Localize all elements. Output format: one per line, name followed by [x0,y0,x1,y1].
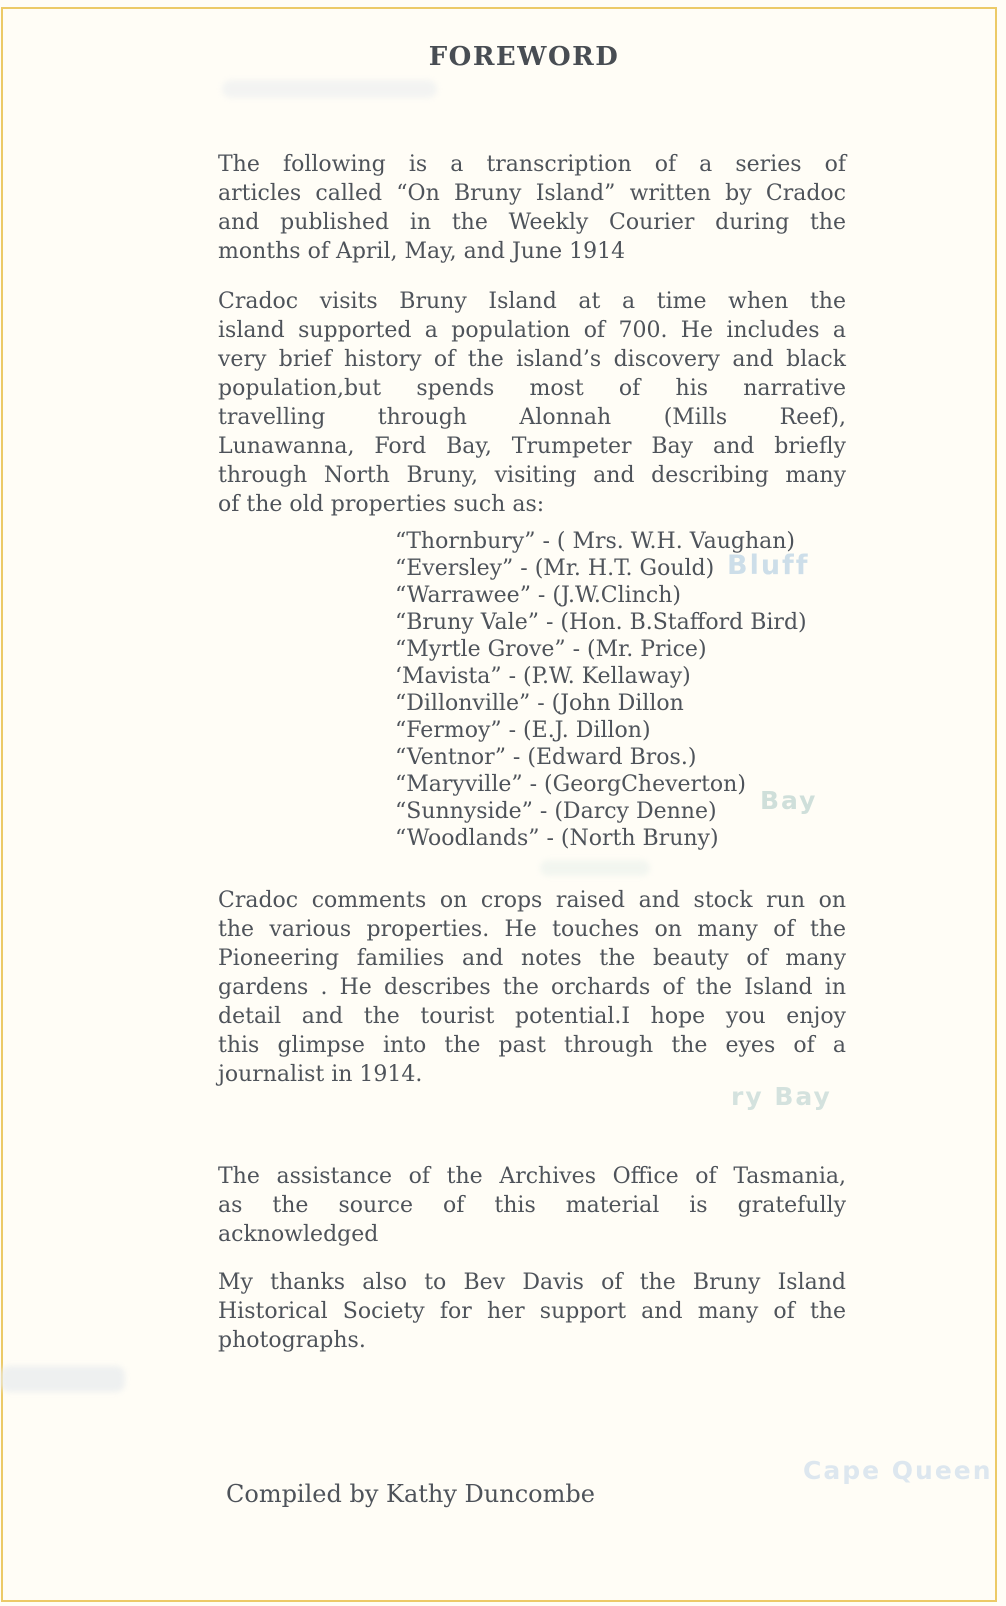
text-line: Cradoc visits Bruny Island at a time whe… [218,287,846,316]
page-title: FOREWORD [218,42,830,72]
property-item: ‘Mavista” - (P.W. Kellaway) [395,663,807,690]
scanned-foreword-page: FOREWORD The following is a transcriptio… [0,0,1006,1606]
property-item: “Fermoy” - (E.J. Dillon) [395,717,807,744]
text-line: and published in the Weekly Courier duri… [218,208,846,237]
text-line: very brief history of the island’s disco… [218,345,846,374]
property-item: “Myrtle Grove” - (Mr. Price) [395,636,807,663]
text-line: as the source of this material is gratef… [218,1191,846,1220]
text-line: acknowledged [218,1220,846,1249]
paragraph-archives-acknowledgement: The assistance of the Archives Office of… [218,1162,846,1249]
property-item: “Eversley” - (Mr. H.T. Gould) [395,555,807,582]
property-item: “Ventnor” - (Edward Bros.) [395,744,807,771]
text-line: gardens . He describes the orchards of t… [218,973,846,1002]
compiler-credit: Compiled by Kathy Duncombe [226,1480,595,1508]
paragraph-intro: The following is a transcription of a se… [218,150,846,266]
text-line: Pioneering families and notes the beauty… [218,944,846,973]
text-line: The assistance of the Archives Office of… [218,1162,846,1191]
bleedthrough-smudge [0,1366,125,1392]
text-line: population,but spends most of his narrat… [218,374,846,403]
text-line: journalist in 1914. [218,1060,846,1089]
property-item: “Dillonville” - (John Dillon [395,690,807,717]
bleedthrough-smudge [540,860,650,876]
property-item: “Warrawee” - (J.W.Clinch) [395,582,807,609]
text-line: Cradoc comments on crops raised and stoc… [218,886,846,915]
property-item: “Sunnyside” - (Darcy Denne) [395,798,807,825]
text-line: the various properties. He touches on ma… [218,915,846,944]
text-line: this glimpse into the past through the e… [218,1031,846,1060]
text-line: articles called “On Bruny Island” writte… [218,179,846,208]
text-line: Lunawanna, Ford Bay, Trumpeter Bay and b… [218,432,846,461]
text-line: Historical Society for her support and m… [218,1297,846,1326]
text-line: My thanks also to Bev Davis of the Bruny… [218,1268,846,1297]
bleedthrough-text-cape-queen: Cape Queen [803,1456,993,1485]
text-line: travelling through Alonnah (Mills Reef), [218,403,846,432]
property-item: “Maryville” - (GeorgCheverton) [395,771,807,798]
property-item: “Thornbury” - ( Mrs. W.H. Vaughan) [395,528,807,555]
text-line: photographs. [218,1326,846,1355]
text-line: detail and the tourist potential.I hope … [218,1002,846,1031]
property-list: “Thornbury” - ( Mrs. W.H. Vaughan)“Evers… [395,528,807,852]
text-line: through North Bruny, visiting and descri… [218,461,846,490]
text-line: The following is a transcription of a se… [218,150,846,179]
paragraph-crops-comments: Cradoc comments on crops raised and stoc… [218,886,846,1089]
text-line: of the old properties such as: [218,490,846,519]
bleedthrough-smudge [222,80,437,98]
text-line: months of April, May, and June 1914 [218,237,846,266]
text-line: island supported a population of 700. He… [218,316,846,345]
property-item: “Bruny Vale” - (Hon. B.Stafford Bird) [395,609,807,636]
paragraph-cradoc-visit: Cradoc visits Bruny Island at a time whe… [218,287,846,519]
paragraph-thanks: My thanks also to Bev Davis of the Bruny… [218,1268,846,1355]
property-item: “Woodlands” - (North Bruny) [395,825,807,852]
